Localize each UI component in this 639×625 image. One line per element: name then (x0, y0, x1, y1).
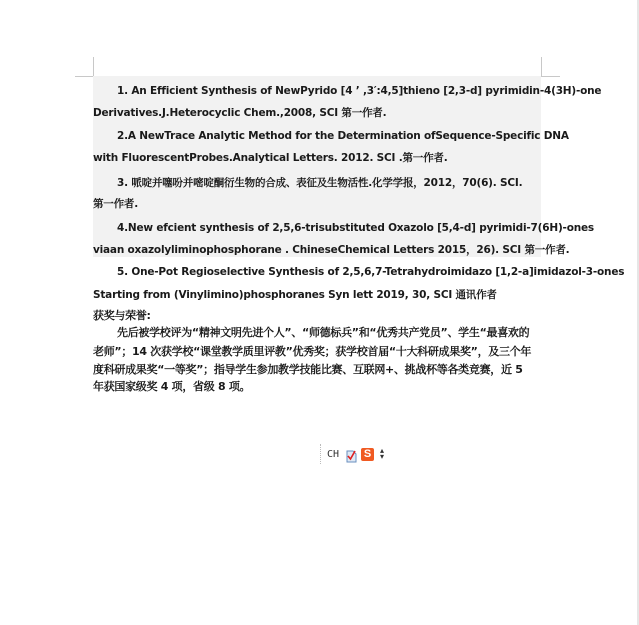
publication-line: 1. An Efficient Synthesis of NewPyrido [… (93, 84, 541, 98)
publication-line: viaan oxazolyliminophosphorane . Chinese… (93, 243, 541, 257)
publication-line: Starting from (Vinylimino)phosphoranes S… (93, 288, 541, 302)
sogou-logo-icon[interactable]: S (361, 448, 374, 461)
corner-mark-right-horizontal (541, 76, 560, 77)
publication-line: 第一作者. (93, 197, 541, 211)
publication-line: 2.A NewTrace Analytic Method for the Det… (93, 129, 541, 143)
publication-line: 3. 哌啶并噻吩并嘧啶酮衍生物的合成、表征及生物活性.化学学报，2012，70(… (93, 176, 541, 190)
awards-line: 度科研成果奖“一等奖”；指导学生参加教学技能比赛、互联网+、挑战杯等各类竞赛，近… (93, 363, 541, 377)
awards-line: 先后被学校评为“精神文明先进个人”、“师德标兵”和“优秀共产党员”、学生“最喜欢… (93, 326, 541, 340)
publication-line: with FluorescentProbes.Analytical Letter… (93, 151, 541, 165)
publication-line: Derivatives.J.Heterocyclic Chem.,2008, S… (93, 106, 541, 120)
publication-line: 4.New efcient synthesis of 2,5,6-trisubs… (93, 221, 541, 235)
ime-document-check-icon[interactable] (345, 448, 357, 461)
publication-line: 5. One-Pot Regioselective Synthesis of 2… (93, 265, 541, 279)
awards-heading: 获奖与荣誉: (93, 309, 541, 323)
corner-mark-left-horizontal (75, 76, 94, 77)
awards-line: 年获国家级奖 4 项，省级 8 项。 (93, 380, 541, 394)
awards-line: 老师”；14 次获学校“课堂教学质里评教”优秀奖；获学校首届“十大科研成果奖”，… (93, 345, 541, 359)
ime-language-toggle[interactable]: CH (327, 449, 339, 460)
ime-toolbar[interactable]: CH S ▴▾ (320, 444, 402, 464)
corner-mark-left-vertical (93, 57, 94, 77)
corner-mark-right-vertical (541, 57, 542, 77)
ime-menu-arrows-icon[interactable]: ▴▾ (380, 448, 384, 460)
